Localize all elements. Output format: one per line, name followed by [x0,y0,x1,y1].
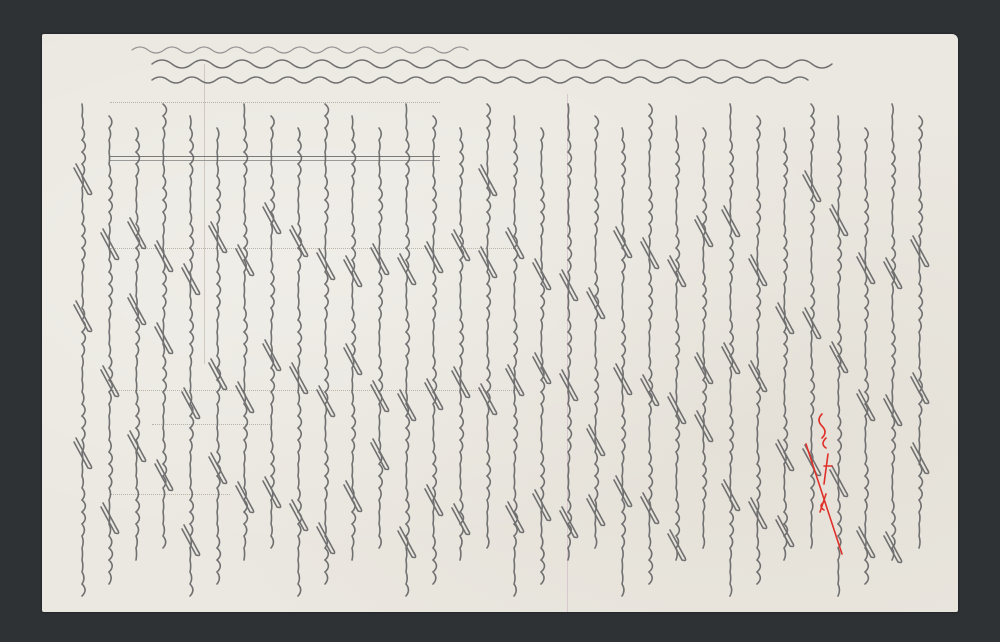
handwritten-text [42,34,958,612]
postcard: 3.III.16 Erh. 6/III 16. Lieber ... [42,34,958,612]
